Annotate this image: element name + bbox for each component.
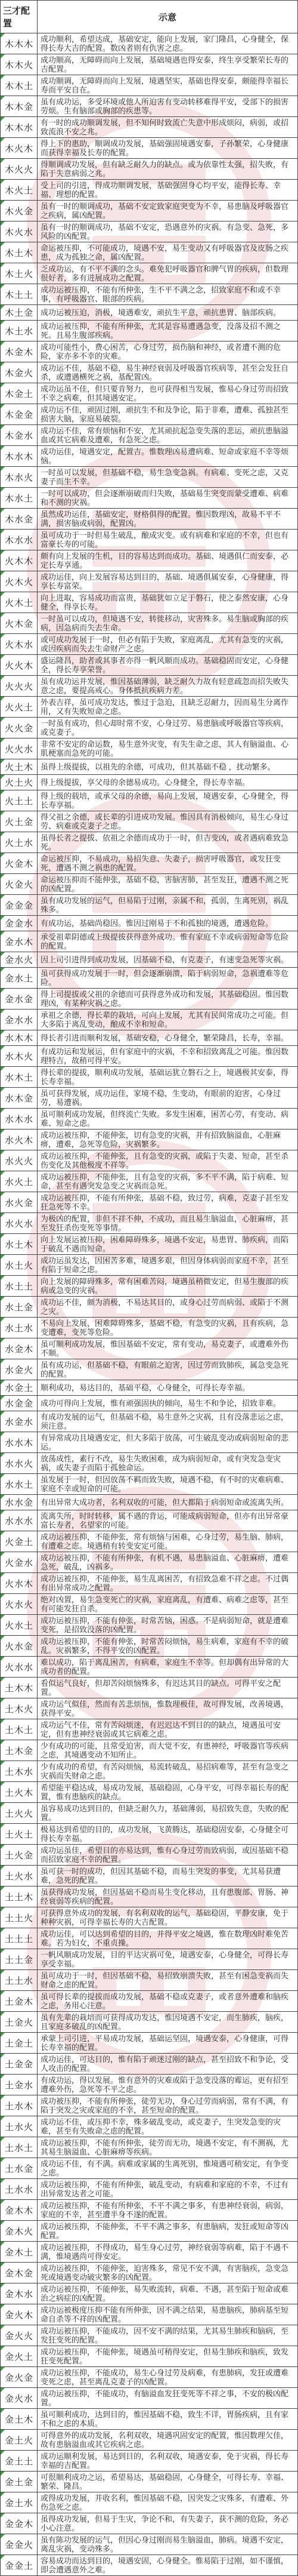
meaning-cell: 成功可得向上发展，惟有顽强固执的倾向，易生不和争论，招致非难。: [38, 1396, 298, 1411]
config-cell: 土水火: [1, 2116, 38, 2137]
meaning-cell: 不易向上发展，困难障碍殊多，基础不稳，有急变的灾祸，且有疾病，急变遭难，变死等危…: [38, 1318, 298, 1338]
meaning-cell: 一时可以成功，但会逐渐崩破而归失败，基础易生突变而蒙受遭难、病难和不测的灾祸。: [38, 488, 298, 509]
meaning-cell: 成功运被压抑，不能有所伸张，尤其是容易遭遇急变，没落及招不测之死。且易生腹部疾病…: [38, 321, 298, 341]
config-cell: 金金木: [1, 2513, 38, 2534]
config-cell: 木水火: [1, 467, 38, 488]
meaning-cell: 成功运不佳，顽固过刚，顽抗生不和及争论，陷于非难，遭难、孤独甚至损害大脑，家庭易…: [38, 404, 298, 425]
table-row: 金火木成功运被极度压抑不能有所伸张，因不满之结果，易患脑疾，肺病基至短命自杀等不…: [1, 2304, 298, 2325]
meaning-cell: 成功运不佳，颇为消极，不易达其目的，或身心过劳而病弱、或陷于不测之灾。: [38, 1297, 298, 1318]
table-row: 土水土成功运被压抑，不能有所伸张，徒劳而无功，境遇不安定，有不测祸，尤其易生脑溢…: [1, 2137, 298, 2158]
config-cell: 木水金: [1, 509, 38, 530]
config-cell: 土土火: [1, 1907, 38, 1928]
table-row: 金土金可很顺利成功之运，希望易达，基础稳固，心身健全，可得长寿、幸福、繁荣、隆昌…: [1, 2472, 298, 2492]
table-row: 水火金成功运被压抑，不能有所伸张，基础不稳，致过劳，病难，克妻子甚至发狂急死等不…: [1, 1192, 298, 1213]
table-row: 火木火成功运佳，向上发展容易达到目的，基础、境遇俱属安泰，心身健康，得享长寿富荣…: [1, 571, 298, 592]
table-row: 土金木虽可得长辈的提拔而成功发展，基础不稳或克妻子，或者意外遭难和脑疾之虑，务用…: [1, 1991, 298, 2012]
meaning-cell: 成功可能性小，费心困苦，心身过劳，损伤脑和神经，或者遭不测的危险，家亦多不幸的灾…: [38, 341, 298, 362]
table-row: 土土水虽可成功于一时，但因基础不稳，易招致崩溃失败，甚至有困急变祸而失财命之虑的…: [1, 1970, 298, 1991]
meaning-cell: 成功被压抑，不能有所伸张，徒劳无功，身心过劳而病弱，常有不满，有陷于突发之灾或家…: [38, 2095, 298, 2116]
table-row: 木火土受上司的引进，得成功顺调发展，基础强固身心均平安，能得长寿、幸福、理想的配…: [1, 180, 298, 201]
config-cell: 水水金: [1, 1495, 38, 1510]
table-row: 水火火成功运被压抑，不能伸张，且有急变的灾祸，或陷于失妻、短命，甚至杀伤变化及其…: [1, 1150, 298, 1171]
table-row: 土土金一帆风顺成功发展，目的平达灾祸可免，境遇安泰，心身健全，可得长寿享受幸福。: [1, 1949, 298, 1970]
table-row: 木金土成功运虽不佳，但只要肯努力，也可获得相当发展，惟易心身过劳而招致不幸之病难…: [1, 383, 298, 404]
config-cell: 火木火: [1, 571, 38, 592]
table-row: 水木金虽可获得发展，成功运佳，家境不稳，生变动，有眼前的迫害，心身过劳，易遭祸。: [1, 1088, 298, 1109]
meaning-cell: 有成功运，得以发展。惟有意外的灾难或陷于急变没落的霉运，更有招至遭难外伤，急死等…: [38, 2075, 298, 2095]
meaning-cell: 虽有先辈的栽培而可获得成功发达，惟因境遇不安定，而生肺疾，脑疾，且家庭多破乱的凶…: [38, 2012, 298, 2033]
meaning-cell: 得上级的载培，或承父母的余德，易向上发展，境遇安泰，心身健全，得长寿享福。: [38, 790, 298, 811]
table-row: 水木土得长辈的提拔，顺利成功发展，基础运犹立磐石之上，境遇极其安泰，得长寿幸福。: [1, 1067, 298, 1088]
config-cell: 土火金: [1, 1845, 38, 1866]
config-cell: 水木土: [1, 1067, 38, 1088]
config-cell: 水水火: [1, 1453, 38, 1474]
config-cell: 金水火: [1, 952, 38, 968]
config-cell: 木金木: [1, 341, 38, 362]
config-cell: 土水水: [1, 2179, 38, 2200]
config-cell: 水土土: [1, 1276, 38, 1297]
config-cell: 土土木: [1, 1886, 38, 1907]
table-row: 土金金成功运佳，可达目的，惟有陷于顽迷过刚的缺点，甚至招致不和争论，受人攻击的配…: [1, 2054, 298, 2075]
config-cell: 土金木: [1, 1991, 38, 2012]
table-row: 水金金成功可得向上发展，惟有顽强固执的倾向，易生不和争论，招致非难。: [1, 1396, 298, 1411]
table-row: 土水金成功运不佳，有不满。病难或家属的生离死别，惟境遇可稍安定，有争变之虑。: [1, 2158, 298, 2179]
config-cell: 木水水: [1, 530, 38, 550]
config-cell: 土金土: [1, 2033, 38, 2054]
meaning-cell: 虽有成功运，但基础不稳，有眼前之迫害，因过劳而致肺疾，属急变急死的配置。: [38, 1359, 298, 1380]
meaning-cell: 虽有陈功发展的运气，但因心身过刚而易生脑溢血，肺病。境遇不安定，离乱灾祸，变动殊…: [38, 2534, 298, 2555]
table-row: 水金水有成功发展的运气，但基础不稳，易生意外之灾祸，且有没落悲运之虑，须注意。: [1, 1411, 298, 1432]
table-row: 木木水有一时的成功顺调发展，但不知何时致流亡失意中形成烦闷，病弱，或招致流浪不安…: [1, 117, 298, 138]
config-cell: 木土水: [1, 321, 38, 341]
table-row: 火木土向上进取，容易成功而富贵，基础犹如立足于磐石，使之泰然安康，心身健全，得享…: [1, 592, 298, 613]
table-row: 木土金成功运被压迫，消极，境遇难安，顽抗生平意，顽抗患胃、脑部疾病。: [1, 305, 298, 321]
config-cell: 木土火: [1, 263, 38, 284]
meaning-cell: 承受祖辈阴德或上级提拔获得意外成功。惟有家庭不幸或病弱短命等危险的配置。: [38, 931, 298, 952]
meaning-cell: 成功运被压抑，不能有所伸张，徒劳而无功，境遇不安定，有不测祸，尤其易生脑溢血、心…: [38, 2137, 298, 2158]
table-row: 金金水有成功运，基础尚稳因。惟因过刚易于不和孤独的境遇，遭遇危险。: [1, 916, 298, 931]
table-row: 火水火绝对凶置，易生急变死亡的灾祸，家庭离乱，有遭难、病难之虑等，甚至有可能发狂…: [1, 1594, 298, 1615]
config-cell: 木木水: [1, 117, 38, 138]
table-row: 水土火成功运虽发达，因困苦多难，境遇多艰，但因身体病弱而家庭不幸，甚至有陷于短命…: [1, 1255, 298, 1276]
meaning-cell: 希望能平稳达成，易成功发展，基础稳固，心身平安，可得幸福长寿的配置，惟有患脑疾的…: [38, 1782, 298, 1803]
config-cell: 水木木: [1, 1030, 38, 1046]
table-body: 木木木成功顺利，希望达成，基础安定，能向上发展，家门隆昌，心身健全，保得长寿大吉…: [1, 33, 298, 2576]
config-cell: 木木金: [1, 96, 38, 117]
meaning-cell: 难以成功，陷于离乱困苦，有病难，家庭生不幸等。但却偶有出异常的大成功者的配置。: [38, 1657, 298, 1678]
config-cell: 木土木: [1, 242, 38, 263]
config-cell: 土火水: [1, 1866, 38, 1886]
meaning-cell: 得上下的惠助，顺调成功发展，基础强固境遇安泰，子孙繁荣，心身健康而获得幸福及长寿…: [38, 138, 298, 159]
table-row: 水木水虽可顺利成功发展，但终流亡失败。多发生困难，困苦心劳，有变动、病难、短命之…: [1, 1109, 298, 1129]
config-cell: 火水火: [1, 1594, 38, 1615]
config-cell: 金木金: [1, 2263, 38, 2283]
meaning-cell: 有成功运，基础尚稳因。惟因过刚易于不和孤独的境遇，遭遇危险。: [38, 916, 298, 931]
table-row: 金水水承祖之余德，得长辈的栽培，可向上发展，尤其有民间常成功之可能。但大多陷于离…: [1, 1010, 298, 1030]
page: 三才配置 示意 木木木成功顺利，希望达成，基础安定，能向上发展，家门隆昌，心身健…: [0, 0, 298, 2576]
table-row: 金水金得上司提拔或父祖的余德而可获得意外成功和发展，其基础稳固。惟因数理凶，有某…: [1, 989, 298, 1010]
config-cell: 木金水: [1, 425, 38, 446]
table-row: 水水木有异常成功且境遇安定，但大多陷于放荡，可生破乱变动或病弱短命的悲运。: [1, 1432, 298, 1453]
sancai-table: 三才配置 示意 木木木成功顺利，希望达成，基础安定，能向上发展，家门隆昌，心身健…: [0, 0, 298, 2576]
config-cell: 木水木: [1, 446, 38, 467]
table-row: 水水金有出异常大成功者，名利双收的可能，但大都陷于病弱短命或流离失所。: [1, 1495, 298, 1510]
config-cell: 水水木: [1, 1432, 38, 1453]
meaning-cell: 虽得长者之提拔、依祖之余德而成功于一时，但吉变凶，或者遇病难致急死。: [38, 832, 298, 853]
meaning-cell: 成功运被压抑，不能伸张，易失败流转，病难、不遇，甚至陷于短命或难治之病症的凶配置…: [38, 2283, 298, 2304]
table-row: 水水土虽发展于一时，但因放荡不羁而致失败，境遇不稳，有不时的灾难病难、家庭不幸或…: [1, 1474, 298, 1495]
table-row: 木土木命运被压抑，不可能成功，境遇不安，易生变动又有呼吸器官及皮肠之疾患，成为孤…: [1, 242, 298, 263]
meaning-cell: 成功运被压抑，不能伸张，且有急变的灾祸，或陷于失妻、短命，甚至杀伤变化及其他极度…: [38, 1150, 298, 1171]
meaning-cell: 成功运被压抑，不能伸张，境遇虽可稍得安定，但易生肺疾和脑疾，致发狂变死配置。: [38, 2346, 298, 2367]
header-row: 三才配置 示意: [1, 1, 298, 33]
config-cell: 土水木: [1, 2095, 38, 2116]
config-cell: 土土土: [1, 1928, 38, 1949]
table-row: 金水木承受祖辈阴德或上级提拔获得意外成功。惟有家庭不幸或病弱短命等危险的配置。: [1, 931, 298, 952]
config-cell: 水火水: [1, 1213, 38, 1234]
meaning-cell: 非常不安定的命运数，易生意外灾变，有失生命之虑，其人有脑溢血、心肌梗塞而急死的可…: [38, 738, 298, 759]
config-cell: 火木水: [1, 634, 38, 655]
config-cell: 火土金: [1, 811, 38, 832]
config-cell: 土土金: [1, 1949, 38, 1970]
meaning-cell: 受上司的引进，得成功顺调发展，基础强固身心均平安，能得长寿、幸福、理想的配置。: [38, 180, 298, 201]
table-row: 水火水为极凶的配置，非但不祥不伸，不成功，而且易生脑溢血，心脏麻痹，甚至发狂杀伤…: [1, 1213, 298, 1234]
table-row: 土土土成功运佳，可以达到希望的目的，并得平安之境遇，惟在数理凶时难免苦难。若为妇…: [1, 1928, 298, 1949]
config-cell: 火金木: [1, 853, 38, 874]
config-cell: 火金水: [1, 1552, 38, 1573]
config-cell: 火火火: [1, 676, 38, 697]
meaning-cell: 向上发展运被压抑，困难障碍殊多，境遇不安定，易患胃、肺疾病，而陷于破乱不遇而短命…: [38, 1234, 298, 1255]
meaning-cell: 有成功运和发展运，但有家庭中的灾祸，不幸和招致离乱之可能。惟因数理特吉，故稍可得…: [38, 1046, 298, 1067]
table-row: 火水木成功运被压抑，不能伸张，易生乱离困苦，有招致急难不祥之虑。不过偶有出异常成…: [1, 1573, 298, 1594]
table-row: 木金金成功运不佳，顽固过刚，顽抗生不和及争论，陷于非难，遭难、孤独甚至损害大脑，…: [1, 404, 298, 425]
meaning-cell: 因上司引进得到成功发展，因基础不稳，有克妻子，有速变急死等灾祸。: [38, 952, 298, 968]
config-cell: 金土金: [1, 2472, 38, 2492]
table-row: 水土木向上发展运被压抑，困难障碍殊多，境遇不安定，易患胃、肺疾病，而陷于破乱不遇…: [1, 1234, 298, 1255]
table-row: 金木金成功运被压抑，不能伸张，迫害殊多，常见不安不满，有害脑疾，急变急死或境遇变…: [1, 2263, 298, 2283]
table-row: 木火金虽有一时的顺调成功，基础不安定致家庭突变为不幸，易患脑及呼吸器官之疾病，属…: [1, 201, 298, 221]
meaning-cell: 成功运气似佳，然而有苦悲烦恼，惟数理极佳，故可得发展，改善境遇，获得平安。: [38, 1698, 298, 1719]
meaning-cell: 成功运被压抑，不能有伸张，时常苦闷烦恼，易生病难，家庭有不幸的破乱。灾祸繁多，不…: [38, 1636, 298, 1657]
table-row: 木木土成功顺调，无障碍而向上发展，境遇坚实，基础也得安泰，颇能得幸福长寿而平安自…: [1, 75, 298, 96]
config-cell: 金火水: [1, 2388, 38, 2409]
table-row: 金火火成功运被压抑，不能成功，因不安不满的结果，尤其易生肺疾和脑病，至发狂变死的…: [1, 2325, 298, 2346]
table-row: 土土木虽获得成功发展，但因基础不稳而易生变化移动，且有患腹部、胃肠、神经衰弱等疾…: [1, 1886, 298, 1907]
meaning-cell: 得长者引进而顺利发展，基础安稳，心身健全，繁荣隆昌，长寿，幸福。: [38, 1030, 298, 1046]
config-cell: 水土木: [1, 1234, 38, 1255]
config-cell: 土土水: [1, 1970, 38, 1991]
config-cell: 土水金: [1, 2158, 38, 2179]
config-cell: 木火土: [1, 180, 38, 201]
config-cell: 金水金: [1, 989, 38, 1010]
table-row: 火木木颇有向上发展的生机，目的容易达到而成功。基础、境遇俱仁而安泰，必定长寿享通…: [1, 550, 298, 571]
config-cell: 火土火: [1, 775, 38, 790]
config-cell: 水火火: [1, 1150, 38, 1171]
meaning-cell: 命运被压抑，不易成功，易招失意、失妻子，损害呼吸器官，或发狂变死，遭遇不测之祸患…: [38, 853, 298, 874]
table-row: 火水水难以成功，陷于离乱困苦，有病难，家庭生不幸等。但却偶有出异常的大成功者的配…: [1, 1657, 298, 1678]
meaning-cell: 成功运被压抑，不能伸张，常有烦恼与困难，心身过劳，易生脑、肺病，有遭难之虑。境遇…: [38, 1531, 298, 1552]
table-row: 水木火有成功运和发展运，但有家庭中的灾祸，不幸和招致离乱之可能。惟因数理特吉，故…: [1, 1046, 298, 1067]
meaning-cell: 成功运被压抑，不能伸张，易生乱离困苦，有招致急难不祥之虑。不过偶有出异常成功之配…: [38, 1573, 298, 1594]
config-cell: 火火土: [1, 697, 38, 718]
table-row: 火火木盛运隆昌，助者或其事者亦得一帆风顺而成功。基础稳固而安定，心身健全，得长寿…: [1, 655, 298, 676]
table-row: 金金木虽得成功发展，但易于生灾，争论不和，有失妻子，获不测的危险，务必小心注意。: [1, 2513, 298, 2534]
table-row: 火土水虽得长者之提拔、依祖之余德而成功于一时，但吉变凶，或者遇病难致急死。: [1, 832, 298, 853]
meaning-cell: 少有成功的希望，有苦闷烦恼，易流转破乱，易招病难等，甚至有急变之灾祸而失财命之虑…: [38, 1761, 298, 1782]
table-row: 水木木得长者引进而顺利发展，基础安稳，心身健全，繁荣隆昌，长寿，幸福。: [1, 1030, 298, 1046]
meaning-cell: 极易达到希望的目的，成功发展，飞黄腾达，基础稳固安泰，心身健全可得长寿幸福。: [38, 1824, 298, 1845]
table-row: 火木水或可成功发展于一时，但必有陷于失败，家庭离乱，尤其有急变的灾祸，或因疾病而…: [1, 634, 298, 655]
meaning-cell: 虽可顺利成功，达到目的，惟因基础不稳，致生不详，胃肠疾病，且有家不和之虑的本质。: [38, 2409, 298, 2430]
table-row: 木火木得上下的惠助，顺调成功发展，基础强固境遇安泰，子孙繁荣，心身健康而获得幸福…: [1, 138, 298, 159]
table-row: 木木木成功顺利，希望达成，基础安定，能向上发展，家门隆昌，心身健全，保得长寿大吉…: [1, 33, 298, 54]
meaning-cell: 成功运佳，可以达到希望的目的，并得平安之境遇，惟在数理凶时难免苦难。若为妇女，不…: [38, 1928, 298, 1949]
meaning-cell: 成功运被压抑，不能伸张，迫害殊多，常见不安不满，有害脑疾，急变急死或境遇变动破灾…: [38, 2263, 298, 2283]
config-cell: 金土木: [1, 2409, 38, 2430]
meaning-cell: 绝对凶置，易生急变死亡的灾祸，家庭离乱，有遭难、病难之虑等，甚至有可能发狂自杀。: [38, 1594, 298, 1615]
table-row: 木水火一时虽可以发展，但基础不稳，易生急变急祸。有病难、变死之虑，又克妻子而生不…: [1, 467, 298, 488]
config-cell: 火金火: [1, 874, 38, 895]
table-row: 金土水或得成功发展，并收名利，惟因基础不稳，因突发之灾殊多，有遭难、外伤急死之虑…: [1, 2492, 298, 2513]
table-row: 木火水虽有一时的顺调成功，基础不安定，恐遇意外的灾祸。有急变、急死，多风险的凶配…: [1, 221, 298, 242]
table-row: 水土水不易向上发展，困难障碍殊多，基础不稳，有急变的灾祸，且有疾病，急变遭难，变…: [1, 1318, 298, 1338]
table-row: 金土火可得意外的成功发展，名利双收，境遇巩固安定的配置，惟因数理欠佳，故有患脑溢…: [1, 2430, 298, 2451]
table-row: 土金火虽有先辈的栽培而可获得成功发达，惟因境遇不安定，而生肺疾，脑疾，且家庭多破…: [1, 2012, 298, 2033]
table-row: 水金火虽有成功运，但基础不稳，有眼前之迫害，因过劳而致肺疾，属急变急死的配置。: [1, 1359, 298, 1380]
meaning-cell: 成功运不佳，基础不稳，易生神经衰弱及呼吸器官疾病等，甚至会发狂自杀，或遭遇横死之…: [38, 362, 298, 383]
meaning-cell: 有异常成功且境遇安定，但大多陷于放荡，可生破乱变动或病弱短命的悲运。: [38, 1432, 298, 1453]
table-row: 金金土容易成功而达到目的，境遇安固，心身健全。惟易陷于过刚，如不谨慎，即会遭遇意…: [1, 2555, 298, 2576]
meaning-cell: 乏成功运，有不平不满的念头。难免犯呼吸器官和脾气胃的疾病，但数理很好者，多有进展…: [38, 263, 298, 284]
config-cell: 土木火: [1, 1698, 38, 1719]
header-config: 三才配置: [1, 1, 38, 33]
table-row: 土火木希望能平稳达成，易成功发展，基础稳固，心身平安，可得幸福长寿的配置，惟有患…: [1, 1782, 298, 1803]
table-row: 火金水成功运被压抑，不能有所伸张，有机不遇，易患脑溢血、心脏麻痹，遭难急死，破乱…: [1, 1552, 298, 1573]
meaning-cell: 成功运被压抑，不能成功，有脑溢血发狂变死等不祥之事，不安的极凶配置。: [38, 2388, 298, 2409]
table-row: 土木火成功运气似佳，然而有苦悲烦恼，惟数理极佳，故可得发展，改善境遇，获得平安。: [1, 1698, 298, 1719]
meaning-cell: 一时虽有成功，但心却时常不安，心身过劳、易患脑或呼吸器官等疾病，或克妻子。: [38, 718, 298, 738]
table-row: 水金土顺利成功，易达目的，基础平稳，心身健全，可得长寿幸福。: [1, 1380, 298, 1396]
table-row: 土火水虽可获一时的成功，但因其基础不稳，而易生突发的事变，尤其易获遭难，急死的配…: [1, 1866, 298, 1886]
table-row: 金火水成功运被压抑，不能成功，有脑溢血发狂变死等不祥之事，不安的极凶配置。: [1, 2388, 298, 2409]
meaning-cell: 成功运佳，可达目的，惟有陷于顽迷过刚的缺点，甚至招致不和争论，受人攻击的配置。: [38, 2054, 298, 2075]
meaning-cell: 虽可获得成功发展于一时，但会逐渐崩溃，陷于病弱短命，急祸遭难等危险。: [38, 968, 298, 989]
meaning-cell: 成功顺利，希望达成，基础安定，能向上发展，家门隆昌，心身健全，保得长寿大吉的配置…: [38, 33, 298, 54]
config-cell: 火木木: [1, 550, 38, 571]
table-row: 火火金一时虽有成功，但心却时常不安，心身过劳、易患脑或呼吸器官等疾病，或克妻子。: [1, 718, 298, 738]
table-row: 土木木看似运气良好，但却苦闷烦恼殊多，有迟达其目的缺点。可得平安之配置。: [1, 1678, 298, 1698]
table-row: 土木水少有成功的希望，有苦闷烦恼，易流转破乱，易招病难等，甚至有急变之灾祸而失财…: [1, 1761, 298, 1782]
table-row: 木金水成功运不佳，常有烦恼和不安，尤其顽抗起急变失落的悲运，顽抗患脑溢血或其它病…: [1, 425, 298, 446]
table-row: 土金水有成功运，得以发展。惟有意外的灾难或陷于急变没落的霉运，更有招至遭难外伤，…: [1, 2075, 298, 2095]
table-row: 木木火成功顺高，无障碍而向上发展，基础境遇也得安泰，终生享受繁荣长寿的吉配置。: [1, 54, 298, 75]
meaning-cell: 容易成功而达到目的，境遇安固，心身健全。惟易陷于过刚，如不谨慎，即会遭遇意外之难…: [38, 2555, 298, 2576]
config-cell: 土火木: [1, 1782, 38, 1803]
meaning-cell: 成功运被压抑，不能伸张，且有急变的灾祸，多不平不满，陷于病难、短命，甚至有遇突发…: [38, 1171, 298, 1192]
config-cell: 金火金: [1, 2367, 38, 2388]
table-row: 木金木成功可能性小，费心困苦，心身过劳，损伤脑和神经，或者遭不测的危险，家亦多不…: [1, 341, 298, 362]
config-cell: 火火水: [1, 738, 38, 759]
config-cell: 土水土: [1, 2137, 38, 2158]
table-row: 金木水成功运被压抑，不能伸张，易失败流转，病难、不遇，甚至陷于短命或难治之病症的…: [1, 2283, 298, 2304]
config-cell: 金木土: [1, 2242, 38, 2263]
meaning-cell: 向上进取，容易成功而富贵，基础犹如立足于磐石，使之泰然安康，心身健全，得享长寿。: [38, 592, 298, 613]
table-row: 火金土成功运被压抑，不能伸张，常有烦恼与困难，心身过劳，易生脑、肺病，有遭难之虑…: [1, 1531, 298, 1552]
config-cell: 土木水: [1, 1761, 38, 1782]
table-row: 土木金少有成功的可能，且常受迫害，而大觉不安，有患神经，呼吸器官等疾病之虑，其境…: [1, 1740, 298, 1761]
table-row: 火火火虽有成功运并发展，惟因基础薄弱，缺乏耐久力故有轻意疏忽而招失败失意之虑，要…: [1, 676, 298, 697]
config-cell: 金水水: [1, 1010, 38, 1030]
table-row: 金水土虽可获得成功发展于一时，但会逐渐崩溃，陷于病弱短命，急祸遭难等危险。: [1, 968, 298, 989]
table-row: 木土土成功运被压抑，不能有所伸张，生不平不满之念，招致家庭不和或不幸事，有呼吸器…: [1, 284, 298, 305]
config-cell: 木火火: [1, 159, 38, 180]
table-row: 火木金一时虽可以成功，但境遇不安，转徙移动，灾害殊多。易生脑或胸部的疾病，因急病…: [1, 613, 298, 634]
meaning-cell: 可获得意外成功的发展，有名利双收的运气，基础稳固，平静安康，免于种种灾祸，可得幸…: [38, 1907, 298, 1928]
config-cell: 土金水: [1, 2075, 38, 2095]
config-cell: 金金水: [1, 916, 38, 931]
config-cell: 火水金: [1, 1636, 38, 1657]
meaning-cell: 承蒙上司引进，平易成功发展，基础运坚固，境遇安泰，心身健康，可得长寿幸福的配置。: [38, 2033, 298, 2054]
meaning-cell: 成功运不佳，或压抑不幸，殊多破乱变动，或克妻子，生突发急变的灾难，甚至有失败命之…: [38, 2116, 298, 2137]
config-cell: 金土土: [1, 2451, 38, 2472]
meaning-cell: 得上级提拔，享父母的余德易成功。心身健全，得长寿幸福。: [38, 775, 298, 790]
table-row: 木水木成功运佳，境遇安定，配置吉。惟数理凶易遭病难、短命或家庭不幸等烦恼。: [1, 446, 298, 467]
meaning-cell: 可很顺利成功之运，希望易达，基础稳固，心身健全，可得长寿、幸福、繁荣、隆昌。: [38, 2472, 298, 2492]
table-row: 金土土成功运顺利发展，易达到目的，名利双收，境遇安泰，免于灾祸，得长寿幸福的吉配…: [1, 2451, 298, 2472]
meaning-cell: 虽获得成功发展，但因基础不稳而易生变化移动，且有患腹部、胃肠、神经衰弱等疾病的配…: [38, 1886, 298, 1907]
table-row: 火土金得父祖之余德，或长辈的引进成功发展。惟因具有消极倾向，易生心身过劳、病难或…: [1, 811, 298, 832]
meaning-cell: 有出异常大成功者，名利双收的可能，但大都陷于病弱短命或流离失所。: [38, 1495, 298, 1510]
config-cell: 金木木: [1, 2200, 38, 2221]
meaning-cell: 虽有一时的顺调成功，基础不安定致家庭突变为不幸，易患脑及呼吸器官之疾病，属凶配置…: [38, 201, 298, 221]
table-row: 土水火成功运不佳，或压抑不幸，殊多破乱变动，或克妻子，生突发急变的灾难，甚至有失…: [1, 2116, 298, 2137]
meaning-cell: 虽可成功于一时，但因基础不稳，易招致崩溃失败，甚至有困急变祸而失财命之虑的配置。: [38, 1970, 298, 1991]
config-cell: 火土水: [1, 832, 38, 853]
table-row: 火水金成功运被压抑，不能有伸张，时常苦闷烦恼，易生病难，家庭有不幸的破乱。灾祸繁…: [1, 1636, 298, 1657]
table-row: 水水火放荡成性，素行不改，易生失败困难，成为病弱短命，或有突发急变灾祸，或失妻子…: [1, 1453, 298, 1474]
meaning-cell: 成功运佳，境遇安定，配置吉。惟数理凶易遭病难、短命或家庭不幸等烦恼。: [38, 446, 298, 467]
table-row: 木金火成功运不佳，基础不稳，易生神经衰弱及呼吸器官疾病等，甚至会发狂自杀，或遭遇…: [1, 362, 298, 383]
meaning-cell: 虽可顺利成功发展，但终流亡失败。多发生困难，困苦心劳，有变动、病难、短命之虑。: [38, 1109, 298, 1129]
config-cell: 水木水: [1, 1109, 38, 1129]
config-cell: 水金木: [1, 1338, 38, 1359]
meaning-cell: 成功运不佳，常有烦恼和不安，尤其顽抗起急变失落的悲运，顽抗患脑溢血或其它病难及遭…: [38, 425, 298, 446]
meaning-cell: 成功运被压抑，不能伸张，不平不满之事多，有患脑病，发狂或短命等凶配置。: [38, 2221, 298, 2242]
config-cell: 金火土: [1, 2346, 38, 2367]
config-cell: 火土土: [1, 790, 38, 811]
table-row: 金金金虽有成功发展的运气，但易陷于过刚，亲属不和，孤弱，生离死别，祸乱殊多。: [1, 895, 298, 916]
meaning-cell: 少有成功的可能，且常受迫害，而大觉不安，有患神经，呼吸器官等疾病之虑，其境遇变动…: [38, 1740, 298, 1761]
meaning-cell: 有一时的成功顺调发展，但不知何时致流亡失意中形成烦闷，病弱，或招致流浪不安之兆。: [38, 117, 298, 138]
table-row: 水火土成功运被压抑，不能伸张，且有急变的灾祸，多不平不满，陷于病难、短命，甚至有…: [1, 1171, 298, 1192]
meaning-cell: 虽容易成功达到目的，但缺乏耐久力，基础薄弱，易招致失意，失败的配置。: [38, 1803, 298, 1824]
config-cell: 火金土: [1, 1531, 38, 1552]
table-row: 金水火因上司引进得到成功发展，因基础不稳，有克妻子，有速变急死等灾祸。: [1, 952, 298, 968]
config-cell: 水木金: [1, 1088, 38, 1109]
meaning-cell: 成功运被压抑，不能有所伸张，破乱变动，有病难和家庭的不幸，不过有出异常发达者之可…: [38, 2179, 298, 2200]
meaning-cell: 可得意外的成功发展，名利双收，境遇巩固安定的配置，惟因数理欠佳，故有患脑溢血或其…: [38, 2430, 298, 2451]
config-cell: 土火火: [1, 1803, 38, 1824]
table-row: 水火木成功运被压抑，不能伸张，切有急变的灾祸，并有招致脑溢血，心脏麻痹，遭难，急…: [1, 1129, 298, 1150]
config-cell: 金金火: [1, 2534, 38, 2555]
config-cell: 金水木: [1, 931, 38, 952]
meaning-cell: 颇有向上发展的生机，目的容易达到而成功。基础、境遇俱仁而安泰，必定长寿享通。: [38, 550, 298, 571]
config-cell: 木土土: [1, 284, 38, 305]
meaning-cell: 成功运被压抑，不能成功，易生心身过劳及病难，有患肺病，发狂或遭难变死之虑，甚至离…: [38, 2367, 298, 2388]
meaning-cell: 成功运被压迫，消极，境遇难安，顽抗生平意，顽抗患胃、脑部疾病。: [38, 305, 298, 321]
meaning-cell: 成功运被压抑，不能有所伸张，不平不满之事多，有患神经衰弱，病弱，家庭的不幸，甚至…: [38, 2200, 298, 2221]
meaning-cell: 放荡成性，素行不改，易生失败困难，成为病弱短命，或有突发急变灾祸，或失妻子而陷于…: [38, 1453, 298, 1474]
meaning-cell: 成功顺调，无障碍而向上发展，境遇坚实，基础也得安泰，颇能得幸福长寿而平安自在。: [38, 75, 298, 96]
config-cell: 木木火: [1, 54, 38, 75]
meaning-cell: 或可成功发展于一时，但必有陷于失败，家庭离乱，尤其有急变的灾祸，或因疾病而失去生…: [38, 634, 298, 655]
config-cell: 水水水: [1, 1510, 38, 1531]
config-cell: 水金火: [1, 1359, 38, 1380]
config-cell: 水金水: [1, 1411, 38, 1432]
config-cell: 水火金: [1, 1192, 38, 1213]
meaning-cell: 一时虽可以发展，但基础不稳，易生急变急祸。有病难、变死之虑，又克妻子而生不幸。: [38, 467, 298, 488]
header-meaning: 示意: [38, 1, 298, 33]
config-cell: 火火金: [1, 718, 38, 738]
meaning-cell: 虽有成功发展的运气，但易陷于过刚，亲属不和，孤弱，生离死别，祸乱殊多。: [38, 895, 298, 916]
meaning-cell: 顺利成功，易达目的，基础平稳，心身健全，可得长寿幸福。: [38, 1380, 298, 1396]
table-row: 木水金虽然成功运佳，基础安定，财格俱得的配置。惟因数理凶，故易不平不满，损害脑或…: [1, 509, 298, 530]
meaning-cell: 成功运虽不佳，但只要肯努力，也可获得相当发展，惟易心身过劳而招致不幸之病难，但其…: [38, 383, 298, 404]
table-row: 木木金虽有成功运，多受环境或他人所迫害有变动转移难得平安，受部下的损害劳烦。生有…: [1, 96, 298, 117]
config-cell: 土金金: [1, 2054, 38, 2075]
config-cell: 木土金: [1, 305, 38, 321]
meaning-cell: 成功顺高，无障碍而向上发展，基础境遇也得安泰，终生享受繁荣长寿的吉配置。: [38, 54, 298, 75]
config-cell: 木木木: [1, 33, 38, 54]
meaning-cell: 得上司提拔或父祖的余德而可获得意外成功和发展，其基础稳固。惟因数理凶，有某种灾祸…: [38, 989, 298, 1010]
table-row: 火土木虽得上级提拔，以祖先的余德，可成功，但其基础不稳 ，扰动繁多。: [1, 759, 298, 775]
config-cell: 木金土: [1, 383, 38, 404]
meaning-cell: 成功运被压抑，不能有伸张，时常苦恼，困惑。不是病弱短命，就是遭难变死，是招致没落…: [38, 1615, 298, 1636]
meaning-cell: 命运被压抑，不可能成功，境遇不安，易生变动又有呼吸器官及皮肠之疾患，成为孤独之命…: [38, 242, 298, 263]
table-row: 木水水虽可成功于一时但易生破乱，酿成灾变。或有病难和家庭的不幸，但也有富豪长寿的…: [1, 530, 298, 550]
config-cell: 木火水: [1, 221, 38, 242]
table-row: 木土火乏成功运，有不平不满的念头。难免犯呼吸器官和脾气胃的疾病，但数理很好者，多…: [1, 263, 298, 284]
config-cell: 水金金: [1, 1396, 38, 1411]
meaning-cell: 虽可顺利成功发展，惟因基础不安定，常有变动，易克妻子，或遭难外伤不顺。: [38, 1338, 298, 1359]
meaning-cell: 虽有成功运并发展，惟因基础薄弱，缺乏耐久力故有轻意疏忽而招失败失意之虑，要提高戒…: [38, 676, 298, 697]
config-cell: 木水土: [1, 488, 38, 509]
config-cell: 水土火: [1, 1255, 38, 1276]
table-row: 火土土得上级的载培，或承父母的余德，易向上发展，境遇安泰，心身健全，得长寿享福。: [1, 790, 298, 811]
config-cell: 火火木: [1, 655, 38, 676]
config-cell: 水火木: [1, 1129, 38, 1150]
config-cell: 水火土: [1, 1171, 38, 1192]
table-row: 土水木成功被压抑，不能有所伸张，徒劳无功，身心过劳而病弱，常有不满，有陷于突发之…: [1, 2095, 298, 2116]
table-row: 土水水成功运被压抑，不能有所伸张，破乱变动，有病难和家庭的不幸，不过有出异常发达…: [1, 2179, 298, 2200]
meaning-cell: 虽发展于一时，但因放荡不羁而致失败，境遇不稳，有不时的灾难病难、家庭不幸或短命的…: [38, 1474, 298, 1495]
config-cell: 木金金: [1, 404, 38, 425]
table-row: 土火金成功运虽佳，希望目的亦易达到，惟有心身过劳而致病弱，或因基础不稳而招致家庭…: [1, 1845, 298, 1866]
table-row: 水金木虽可顺利成功发展，惟因基础不安定，常有变动，易克妻子，或遭难外伤不顺。: [1, 1338, 298, 1359]
table-row: 火火水非常不安定的命运数，易生意外灾变，有失生命之虑，其人有脑溢血、心肌梗塞而急…: [1, 738, 298, 759]
config-cell: 水土金: [1, 1297, 38, 1318]
meaning-cell: 成功运被压抑，不能有所伸张，基础不稳，致过劳，病难，克妻子甚至发狂急死等不幸。: [38, 1192, 298, 1213]
config-cell: 金金金: [1, 895, 38, 916]
meaning-cell: 成功运不佳，有不满。病难或家属的生离死别，惟境遇可稍安定，有争变之虑。: [38, 2158, 298, 2179]
config-cell: 木木土: [1, 75, 38, 96]
table-row: 土火火虽容易成功达到目的，但缺乏耐久力，基础薄弱，易招致失意，失败的配置。: [1, 1803, 298, 1824]
meaning-cell: 一时虽可以成功，但境遇不安，转徙移动，灾害殊多。易生脑或胸部的疾病，因急病而失去…: [38, 613, 298, 634]
table-row: 金火土成功运被压抑，不能伸张，境遇虽可稍得安定，但易生肺疾和脑疾，致发狂变死配置…: [1, 2346, 298, 2367]
table-row: 水土金成功运不佳，颇为消极，不易达其目的，或身心过劳而病弱、或陷于不测之灾。: [1, 1297, 298, 1318]
meaning-cell: 虽得上级提拔，以祖先的余德，可成功，但其基础不稳 ，扰动繁多。: [38, 759, 298, 775]
table-row: 土土火可获得意外成功的发展，有名利双收的运气，基础稳固，平静安康，免于种种灾祸，…: [1, 1907, 298, 1928]
